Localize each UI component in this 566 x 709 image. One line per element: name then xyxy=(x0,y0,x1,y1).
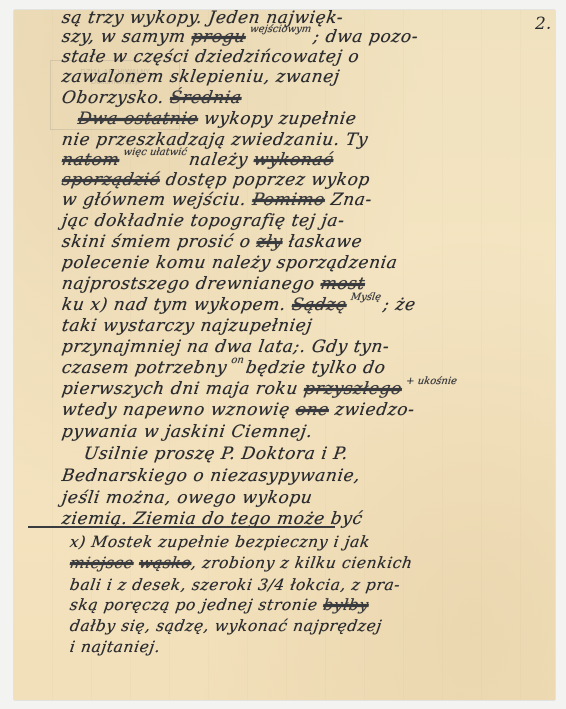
footnote-line: x) Mostek zupełnie bezpieczny i jak xyxy=(69,533,372,551)
handwritten-text: taki wystarczy najzupełniej xyxy=(61,316,314,336)
handwritten-text: polecenie komu należy sporządzenia xyxy=(61,253,399,273)
body-line: ku x) nad tym wykopem. Sądzę Myślę ; że xyxy=(61,295,418,315)
interlinear-insertion: + ukośnie xyxy=(402,376,457,387)
body-line: Dwa ostatnie wykopy zupełnie xyxy=(77,109,358,129)
handwritten-text: nie przeszkadzają zwiedzaniu. Ty xyxy=(61,130,370,150)
handwritten-text: najprostszego drewnianego xyxy=(61,274,323,294)
struck-out-word: wykonać xyxy=(252,150,334,170)
handwritten-text: stałe w części dziedzińcowatej o xyxy=(61,47,361,67)
handwritten-text: Zna- xyxy=(323,190,373,210)
handwritten-text: ; że xyxy=(382,295,417,315)
interlinear-insertion: wejściowym xyxy=(246,24,315,35)
footnote-line: bali i z desek, szeroki 3/4 łokcia, z pr… xyxy=(69,576,402,594)
body-line: wtedy napewno wznowię one zwiedzo- xyxy=(61,400,416,420)
struck-out-word: most xyxy=(319,274,366,294)
handwritten-text: jeśli można, owego wykopu xyxy=(61,488,314,508)
body-line: w głównem wejściu. Pomimo Zna- xyxy=(61,190,374,210)
body-line: sporządzić dostęp poprzez wykop xyxy=(61,170,372,190)
handwritten-text: wykopy zupełnie xyxy=(197,109,358,129)
handwritten-text: czasem potrzebny xyxy=(61,358,229,378)
handwritten-text: , zrobiony z kilku cienkich xyxy=(190,554,414,572)
handwritten-text: skini śmiem prosić o xyxy=(61,232,258,252)
struck-out-word: Sądzę xyxy=(291,295,348,315)
body-line: przynajmniej na dwa lata;. Gdy tyn- xyxy=(61,337,391,357)
handwritten-text: Oborzysko. xyxy=(61,88,172,108)
handwritten-text: ku x) nad tym wykopem. xyxy=(61,295,294,315)
handwritten-text: w głównem wejściu. xyxy=(61,190,254,210)
body-line: Bednarskiego o niezasypywanie, xyxy=(61,466,362,486)
manuscript-page: DZIAŁ ARCHIWALNY Dokumentacji 2. są trzy… xyxy=(14,10,555,700)
handwritten-text: zwiedzo- xyxy=(327,400,415,420)
handwritten-text: Bednarskiego o niezasypywanie, xyxy=(61,466,362,486)
handwritten-text: będzie tylko do xyxy=(244,358,386,378)
body-line: jąc dokładnie topografię tej ja- xyxy=(61,211,346,231)
footnote-divider xyxy=(28,526,335,528)
body-line: nie przeszkadzają zwiedzaniu. Ty xyxy=(61,130,370,150)
handwritten-text: szy, w samym xyxy=(61,27,194,47)
handwritten-text: pywania w jaskini Ciemnej. xyxy=(61,422,314,442)
body-line: najprostszego drewnianego most xyxy=(61,274,367,294)
struck-out-word: byłby xyxy=(322,596,370,614)
body-line: pywania w jaskini Ciemnej. xyxy=(61,422,314,442)
body-line: stałe w części dziedzińcowatej o xyxy=(61,47,361,67)
struck-out-word: wąsko xyxy=(138,554,193,572)
body-line: zawalonem sklepieniu, zwanej xyxy=(61,67,342,87)
struck-out-word: progu xyxy=(190,27,247,47)
footnote-line: i najtaniej. xyxy=(69,638,162,656)
handwritten-text: należy xyxy=(188,150,256,170)
handwritten-text: bali i z desek, szeroki 3/4 łokcia, z pr… xyxy=(69,576,402,594)
body-line: jeśli można, owego wykopu xyxy=(61,488,314,508)
handwritten-text: Usilnie proszę P. Doktora i P. xyxy=(83,444,350,464)
handwritten-text: przynajmniej na dwa lata;. Gdy tyn- xyxy=(61,337,391,357)
handwritten-text: zawalonem sklepieniu, zwanej xyxy=(61,67,342,87)
body-line: polecenie komu należy sporządzenia xyxy=(61,253,399,273)
struck-out-word: Dwa ostatnie xyxy=(77,109,200,129)
struck-out-word: miejsce xyxy=(69,554,135,572)
struck-out-word: natom xyxy=(61,150,121,170)
handwritten-text: dostęp poprzez wykop xyxy=(158,170,371,190)
struck-out-word: Pomimo xyxy=(251,190,326,210)
handwritten-text: ską poręczą po jednej stronie xyxy=(69,596,325,614)
handwritten-text: pierwszych dni maja roku xyxy=(61,379,306,399)
struck-out-word: one xyxy=(294,400,330,420)
handwritten-text: x) Mostek zupełnie bezpieczny i jak xyxy=(69,533,372,551)
body-line: skini śmiem prosić o zły łaskawe xyxy=(61,232,364,252)
handwritten-text: wtedy napewno wznowię xyxy=(61,400,298,420)
body-line: czasem potrzebny on będzie tylko do xyxy=(61,358,387,378)
footnote-line: miejsce wąsko, zrobiony z kilku cienkich xyxy=(69,554,414,572)
body-line: taki wystarczy najzupełniej xyxy=(61,316,314,336)
handwritten-text: dałby się, sądzę, wykonać najprędzej xyxy=(69,617,383,635)
handwritten-text: ; dwa pozo- xyxy=(312,27,420,47)
body-line: natom więc ułatwić należy wykonać xyxy=(61,150,335,170)
body-line: szy, w samym progu wejściowym ; dwa pozo… xyxy=(61,27,420,47)
body-line: pierwszych dni maja roku przyszłego + uk… xyxy=(61,379,458,399)
body-line: Usilnie proszę P. Doktora i P. xyxy=(83,444,350,464)
handwritten-text: łaskawe xyxy=(281,232,363,252)
footnote-line: dałby się, sądzę, wykonać najprędzej xyxy=(69,617,383,635)
handwritten-text: i najtaniej. xyxy=(69,638,162,656)
interlinear-insertion: on xyxy=(227,355,247,366)
interlinear-insertion: więc ułatwić xyxy=(120,147,191,158)
struck-out-word: sporządzić xyxy=(61,170,162,190)
struck-out-word: przyszłego xyxy=(303,379,404,399)
body-line: Oborzysko. Średnia xyxy=(61,88,243,108)
struck-out-word: zły xyxy=(255,232,284,252)
handwritten-text: jąc dokładnie topografię tej ja- xyxy=(61,211,346,231)
interlinear-insertion: Myślę xyxy=(347,292,385,303)
struck-out-word: Średnia xyxy=(169,88,243,108)
footnote-line: ską poręczą po jednej stronie byłby xyxy=(69,596,370,614)
page-number: 2. xyxy=(535,14,551,34)
